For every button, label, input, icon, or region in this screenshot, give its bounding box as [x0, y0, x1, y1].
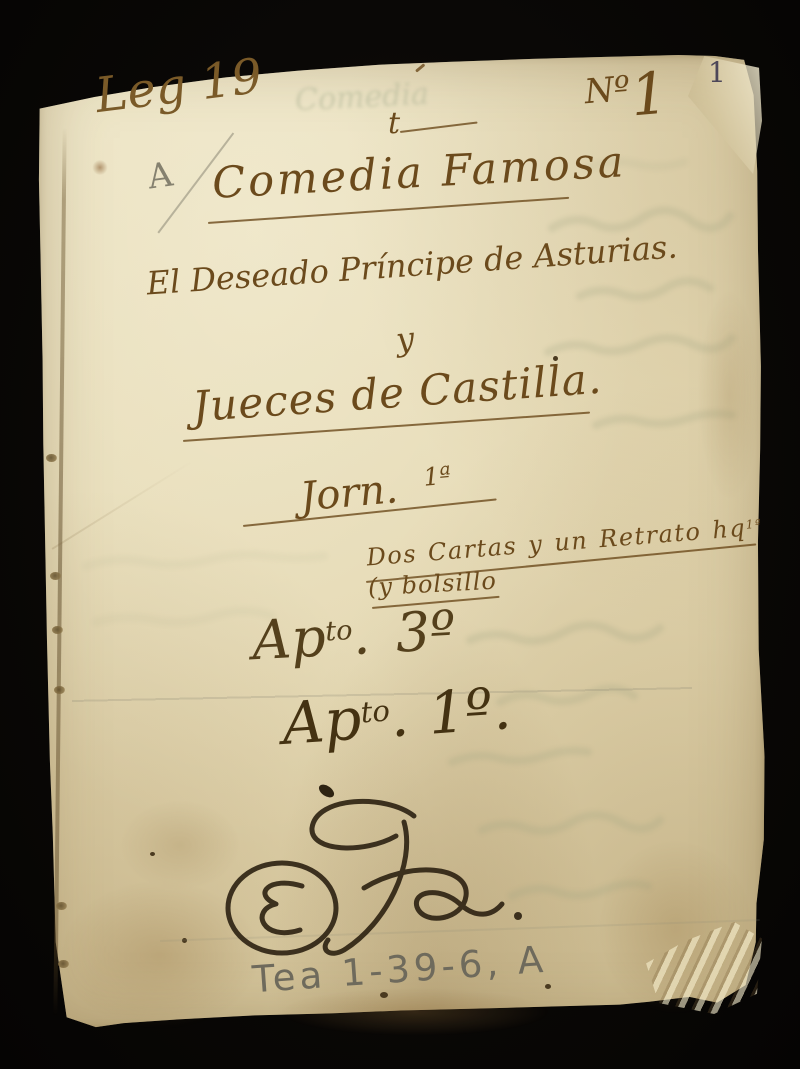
ink-speck — [150, 852, 155, 856]
apunte-superscript: to — [325, 615, 354, 647]
apunte-abbr: Ap — [250, 606, 327, 673]
apunte-number: 1º. — [426, 674, 513, 748]
ghost-title-text: Comedia — [294, 77, 430, 119]
folio-number: 1 — [708, 56, 726, 89]
stitch-knot — [56, 902, 67, 910]
stain — [92, 160, 108, 175]
apunte-dot: . — [388, 681, 411, 750]
stain — [698, 290, 760, 500]
ink-speck — [545, 984, 551, 989]
index-letter: A — [145, 154, 175, 197]
numero-mark: Nº1 — [582, 59, 670, 134]
stitch-knot — [50, 572, 61, 580]
ink-speck — [380, 992, 388, 998]
stitch-knot — [58, 960, 69, 968]
stitch-knot — [52, 626, 63, 634]
numero-abbreviation: Nº — [583, 69, 632, 113]
cross-mark: t — [388, 106, 400, 141]
apunte-dot: . — [351, 603, 371, 667]
stitch-knot — [54, 686, 65, 694]
props-note-superscript: 1ª — [745, 517, 762, 532]
apunte-abbr: Ap — [280, 685, 364, 758]
act-abbreviation: Jorn. — [298, 466, 399, 520]
apunte-superscript: to — [360, 694, 391, 730]
stitch-knot — [46, 454, 57, 462]
act-ordinal: 1ª — [422, 461, 452, 492]
apunte-number: 3º — [394, 599, 457, 665]
apunte-first: Apto.3º — [250, 599, 457, 673]
title-conjunction: y — [394, 319, 416, 359]
manuscript-photo: Comedia Leg 19 A Nº1 1 t Comedia Famosa … — [0, 0, 800, 1069]
numero-value: 1 — [628, 59, 671, 130]
